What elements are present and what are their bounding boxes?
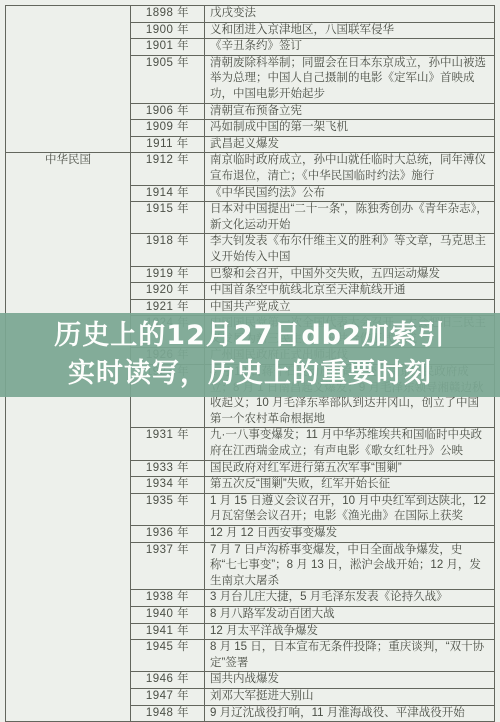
year-cell: 1906 年 [131,103,205,120]
event-cell: 武昌起义爆发 [205,136,495,153]
year-cell: 1920 年 [131,283,205,300]
year-cell: 1900 年 [131,22,205,39]
event-cell: 南京临时政府成立，孙中山就任临时大总统，同年溥仪宣布退位，清亡；《中华民国临时约… [205,153,495,185]
year-cell: 1898 年 [131,6,205,23]
table-row: 中华民国1912 年南京临时政府成立，孙中山就任临时大总统，同年溥仪宣布退位，清… [6,153,495,185]
event-cell: 9 月辽沈战役打响，11 月淮海战役、平津战役开始 [205,705,495,722]
year-cell: 1948 年 [131,705,205,722]
year-cell: 1945 年 [131,640,205,672]
year-cell: 1918 年 [131,234,205,266]
year-cell: 1947 年 [131,688,205,705]
year-cell: 1940 年 [131,606,205,623]
event-cell: 12 月 12 日西安事变爆发 [205,526,495,543]
event-cell: 8 月 15 日，日本宣布无条件投降；重庆谈判，“双十协定”签署 [205,640,495,672]
table-row: 1898 年戊戌变法 [6,6,495,23]
event-cell: 《辛丑条约》签订 [205,39,495,56]
event-cell: 《中华民国约法》公布 [205,185,495,202]
year-cell: 1911 年 [131,136,205,153]
event-cell: 刘邓大军挺进大别山 [205,688,495,705]
event-cell: 巴黎和会召开，中国外交失败，五四运动爆发 [205,266,495,283]
event-cell: 李大钊发表《布尔什维主义的胜利》等文章，马克思主义开始传入中国 [205,234,495,266]
year-cell: 1941 年 [131,623,205,640]
event-cell: 国共内战爆发 [205,672,495,689]
year-cell: 1946 年 [131,672,205,689]
event-cell: 义和团进入京津地区，八国联军侵华 [205,22,495,39]
article-image: 1898 年戊戌变法1900 年义和团进入京津地区，八国联军侵华1901 年《辛… [0,0,500,722]
event-cell: 8 月八路军发动百团大战 [205,606,495,623]
title-overlay-banner: 历史上的12月27日db2加索引 实时读写，历史上的重要时刻 [0,313,500,397]
event-cell: 国民政府对红军进行第五次军事“围剿” [205,460,495,477]
year-cell: 1914 年 [131,185,205,202]
event-cell: 日本对中国提出“二十一条”，陈独秀创办《青年杂志》，新文化运动开始 [205,202,495,234]
year-cell: 1912 年 [131,153,205,185]
era-cell [6,6,131,153]
year-cell: 1909 年 [131,120,205,137]
year-cell: 1935 年 [131,493,205,525]
era-cell: 中华民国 [6,153,131,722]
year-cell: 1937 年 [131,542,205,590]
event-cell: 3 月台儿庄大捷，5 月毛泽东发表《论持久战》 [205,590,495,607]
banner-title-line1: 历史上的12月27日db2加索引 [54,317,446,355]
year-cell: 1936 年 [131,526,205,543]
banner-title-line2: 实时读写，历史上的重要时刻 [68,355,432,393]
event-cell: 清朝废除科举制；同盟会在日本东京成立，孙中山被选举为总理；中国人自己摄制的电影《… [205,55,495,103]
event-cell: 戊戌变法 [205,6,495,23]
year-cell: 1931 年 [131,428,205,460]
year-cell: 1905 年 [131,55,205,103]
event-cell: 冯如制成中国的第一架飞机 [205,120,495,137]
year-cell: 1919 年 [131,266,205,283]
event-cell: 7 月 7 日卢沟桥事变爆发，中日全面战争爆发，史称“七七事变”；8 月 13 … [205,542,495,590]
event-cell: 清朝宣布预备立宪 [205,103,495,120]
event-cell: 12 月太平洋战争爆发 [205,623,495,640]
event-cell: 九·一八事变爆发；11 月中华苏维埃共和国临时中央政府在江西瑞金成立；有声电影《… [205,428,495,460]
year-cell: 1934 年 [131,477,205,494]
year-cell: 1901 年 [131,39,205,56]
year-cell: 1915 年 [131,202,205,234]
event-cell: 1 月 15 日遵义会议召开，10 月中央红军到达陕北，12 月瓦窑堡会议召开；… [205,493,495,525]
event-cell: 第五次反“围剿”失败，红军开始长征 [205,477,495,494]
event-cell: 中国首条空中航线北京至天津航线开通 [205,283,495,300]
year-cell: 1938 年 [131,590,205,607]
year-cell: 1933 年 [131,460,205,477]
